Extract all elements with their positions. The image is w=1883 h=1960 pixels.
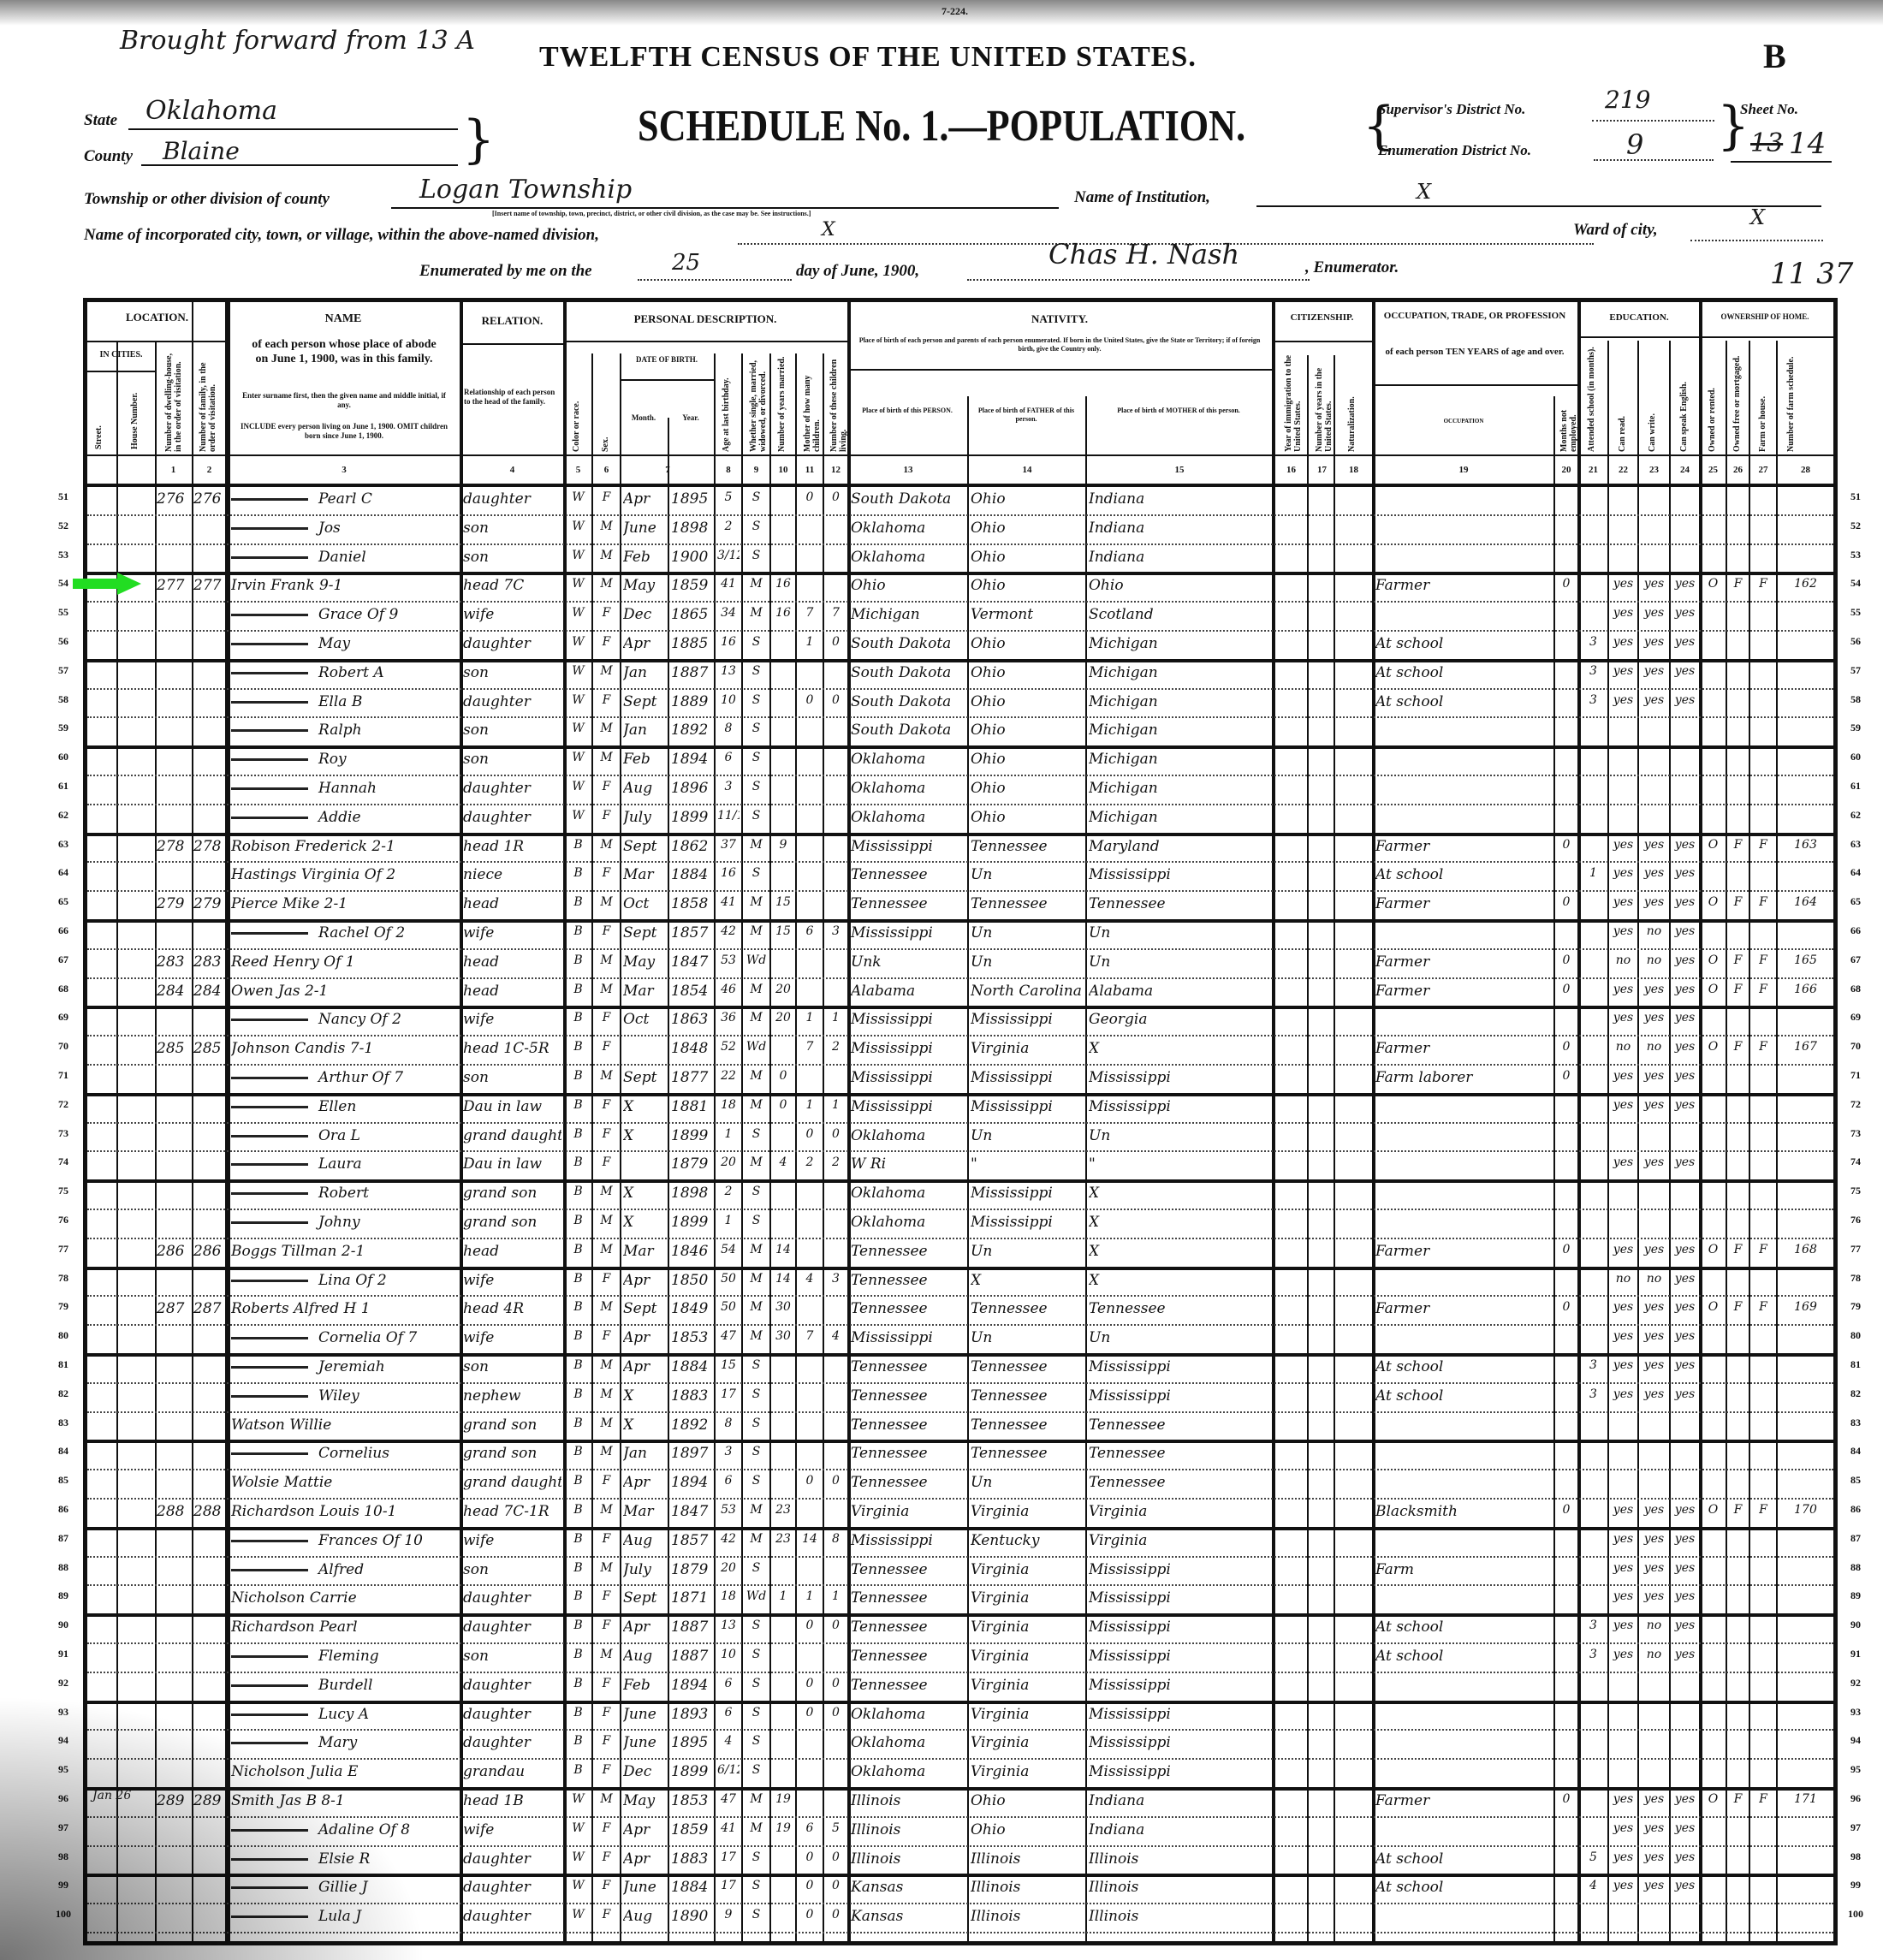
cell-pobf: Tennessee <box>971 1445 1084 1462</box>
header-children-living: Number of these children living. <box>829 349 848 452</box>
cell-color: B <box>567 838 590 852</box>
header-education: EDUCATION. <box>1579 312 1699 324</box>
header-nativity-desc: Place of birth of each person and parent… <box>851 336 1268 353</box>
cell-mon: Apr <box>623 1474 666 1491</box>
header-mother-of: Mother of how many children. <box>803 349 822 452</box>
row-number: 73 <box>1840 1127 1871 1140</box>
cell-fs: 165 <box>1779 953 1832 967</box>
cell-pob: Oklahoma <box>851 780 965 797</box>
table-row: Wolsie Mattiegrand daughterBFApr18946S00… <box>87 1470 1833 1500</box>
cell-mar: S <box>745 520 768 533</box>
cell-rd: yes <box>1611 1821 1636 1835</box>
cell-rel: daughter <box>463 1850 561 1868</box>
ward-label: Ward of city, <box>1573 221 1658 240</box>
cell-pobm: Un <box>1089 1329 1270 1346</box>
cell-yr: 1853 <box>671 1792 712 1809</box>
cell-pob: Tennessee <box>851 1300 965 1317</box>
cell-color: W <box>567 1908 590 1921</box>
cell-sch: 3 <box>1581 693 1606 707</box>
row-number: 58 <box>48 693 79 706</box>
cell-mar: M <box>745 1503 768 1517</box>
header-years-married: Number of years married. <box>777 349 787 452</box>
cell-mar: M <box>745 1243 768 1256</box>
cell-pobf: Ohio <box>971 577 1084 594</box>
cell-fm: F <box>1729 895 1747 909</box>
header-farm-schedule: Number of farm schedule. <box>1786 343 1796 452</box>
cell-wr: yes <box>1641 1821 1667 1835</box>
table-row: 278278Robison Frederick 2-1head 1RBMSept… <box>87 834 1833 864</box>
cell-mon: Apr <box>623 1358 666 1375</box>
cell-yr: 1857 <box>671 1532 712 1549</box>
cell-yr: 1871 <box>671 1589 712 1607</box>
cell-fam: 289 <box>193 1792 225 1809</box>
cell-mar: S <box>745 1618 768 1632</box>
ditto-dash <box>231 1684 308 1687</box>
cell-mar: S <box>745 1474 768 1488</box>
cell-sch: 3 <box>1581 1387 1606 1401</box>
cell-age: 2 <box>717 520 740 533</box>
row-number: 55 <box>1840 606 1871 619</box>
ditto-dash <box>231 817 308 819</box>
cell-mu: 0 <box>1557 953 1576 967</box>
cell-mon: Apr <box>623 1272 666 1289</box>
row-number: 59 <box>1840 722 1871 734</box>
cell-fm: F <box>1729 1040 1747 1054</box>
column-number: 3 <box>229 465 459 475</box>
cell-rd: yes <box>1611 838 1636 852</box>
cell-name: Fleming <box>231 1648 457 1665</box>
cell-mon: Sept <box>623 693 666 710</box>
cell-mu: 0 <box>1557 1243 1576 1256</box>
row-number: 53 <box>1840 549 1871 561</box>
cell-ym: 15 <box>773 924 793 938</box>
cell-mon: Apr <box>623 1850 666 1868</box>
table-row: Frances Of 10wifeBFAug185742M23148Missis… <box>87 1529 1833 1558</box>
row-number: 96 <box>1840 1792 1871 1805</box>
cell-moc: 6 <box>799 1821 821 1835</box>
column-number: 6 <box>593 465 620 475</box>
cell-pobm: Illinois <box>1089 1908 1270 1925</box>
cell-mon: May <box>623 577 666 594</box>
cell-rel: son <box>463 520 561 537</box>
cell-mon: May <box>623 953 666 971</box>
row-number: 63 <box>48 838 79 851</box>
row-number: 69 <box>1840 1011 1871 1024</box>
cell-wr: yes <box>1641 1792 1667 1806</box>
cell-sch: 5 <box>1581 1850 1606 1864</box>
ditto-dash <box>231 1886 308 1889</box>
cell-mu: 0 <box>1557 1503 1576 1517</box>
cell-name: Mary <box>231 1734 457 1751</box>
row-number: 87 <box>1840 1532 1871 1545</box>
cell-fh: F <box>1752 1503 1774 1517</box>
cell-moc: 4 <box>799 1272 821 1286</box>
cell-mon: Feb <box>623 1677 666 1694</box>
cell-name: Watson Willie <box>231 1417 457 1434</box>
cell-name: Roberts Alfred H 1 <box>231 1300 457 1317</box>
cell-sch: 3 <box>1581 1648 1606 1661</box>
cell-mar: S <box>745 1763 768 1777</box>
row-number: 85 <box>1840 1474 1871 1487</box>
cell-cl: 2 <box>826 1155 846 1169</box>
row-number: 95 <box>48 1763 79 1776</box>
cell-rd: yes <box>1611 1850 1636 1864</box>
cell-pobm: Mississippi <box>1089 1358 1270 1375</box>
cell-age: 4 <box>717 1734 740 1748</box>
header-date-of-birth: DATE OF BIRTH. <box>620 355 714 365</box>
cell-mon: X <box>623 1127 666 1144</box>
cell-sex: F <box>595 924 618 938</box>
cell-rd: yes <box>1611 895 1636 909</box>
cell-rd: yes <box>1611 1648 1636 1661</box>
cell-age: 50 <box>717 1272 740 1286</box>
cell-color: W <box>567 1850 590 1864</box>
cell-moc: 0 <box>799 1850 821 1864</box>
cell-name: Nicholson Carrie <box>231 1589 457 1607</box>
ditto-dash <box>231 1858 308 1861</box>
cell-rd: yes <box>1611 635 1636 649</box>
cell-rel: daughter <box>463 1908 561 1925</box>
cell-en: yes <box>1672 1589 1697 1603</box>
cell-en: yes <box>1672 1792 1697 1806</box>
cell-yr: 1854 <box>671 983 712 1000</box>
cell-pobf: " <box>971 1155 1084 1173</box>
township-label: Township or other division of county <box>84 190 330 209</box>
row-number: 77 <box>48 1243 79 1256</box>
table-row: 279279Pierce Mike 2-1headBMOct185841M15T… <box>87 892 1833 921</box>
cell-age: 16 <box>717 635 740 649</box>
table-row: Watson Williegrand sonBMX18928STennessee… <box>87 1413 1833 1442</box>
cell-age: 47 <box>717 1329 740 1343</box>
column-number: 10 <box>771 465 795 475</box>
cell-en: yes <box>1672 1243 1697 1256</box>
cell-mon: Aug <box>623 1908 666 1925</box>
column-number: 7 <box>621 465 714 475</box>
cell-pobf: Un <box>971 866 1084 883</box>
cell-pob: Mississippi <box>851 1329 965 1346</box>
cell-rel: son <box>463 1358 561 1375</box>
cell-pobf: Virginia <box>971 1618 1084 1636</box>
cell-yr: 1879 <box>671 1561 712 1578</box>
table-row: Adaline Of 8wifeWFApr185941M1965Illinois… <box>87 1818 1833 1847</box>
census-table: LOCATION. IN CITIES. NAME of each person… <box>83 298 1838 1945</box>
row-number: 93 <box>1840 1706 1871 1719</box>
cell-dw: 278 <box>157 838 190 855</box>
cell-ym: 14 <box>773 1243 793 1256</box>
cell-en: yes <box>1672 1387 1697 1401</box>
cell-color: B <box>567 1706 590 1719</box>
row-number: 84 <box>1840 1445 1871 1458</box>
row-number: 98 <box>1840 1850 1871 1863</box>
cell-rel: grandau <box>463 1763 561 1780</box>
cell-age: 20 <box>717 1155 740 1169</box>
cell-mar: S <box>745 1417 768 1430</box>
cell-mon: Oct <box>623 895 666 912</box>
cell-yr: 1847 <box>671 953 712 971</box>
row-number: 78 <box>1840 1272 1871 1285</box>
cell-mon: X <box>623 1214 666 1231</box>
cell-ym: 16 <box>773 606 793 620</box>
cell-pobf: Virginia <box>971 1040 1084 1057</box>
ditto-dash <box>231 701 308 704</box>
cell-fam: 288 <box>193 1503 225 1520</box>
row-number: 75 <box>1840 1185 1871 1197</box>
cell-mar: S <box>745 1706 768 1719</box>
cell-wr: yes <box>1641 1300 1667 1314</box>
row-number: 83 <box>1840 1417 1871 1429</box>
cell-en: yes <box>1672 693 1697 707</box>
cell-pobf: Tennessee <box>971 1300 1084 1317</box>
cell-cl: 1 <box>826 1589 846 1603</box>
cell-name: Pierce Mike 2-1 <box>231 895 457 912</box>
row-number: 81 <box>48 1358 79 1371</box>
cell-yr: 1865 <box>671 606 712 623</box>
cell-fam: 278 <box>193 838 225 855</box>
row-number: 71 <box>48 1069 79 1082</box>
cell-wr: yes <box>1641 1561 1667 1575</box>
cell-color: B <box>567 953 590 967</box>
row-number: 57 <box>48 664 79 677</box>
cell-en: yes <box>1672 866 1697 880</box>
cell-fm: F <box>1729 1300 1747 1314</box>
cell-fm: F <box>1729 1792 1747 1806</box>
cell-age: 9 <box>717 1908 740 1921</box>
cell-fh: F <box>1752 1243 1774 1256</box>
cell-mar: S <box>745 1561 768 1575</box>
cell-occ: Farmer <box>1375 1300 1552 1317</box>
cell-name: Hannah <box>231 780 457 797</box>
cell-yr: 1884 <box>671 1879 712 1896</box>
cell-rel: son <box>463 751 561 768</box>
cell-sex: M <box>595 1417 618 1430</box>
cell-sex: M <box>595 1243 618 1256</box>
cell-fam: 279 <box>193 895 225 912</box>
cell-age: 1 <box>717 1214 740 1227</box>
ditto-dash <box>231 1337 308 1339</box>
cell-en: yes <box>1672 1358 1697 1372</box>
cell-name: Cornelia Of 7 <box>231 1329 457 1346</box>
column-number: 11 <box>797 465 823 475</box>
cell-mon: Mar <box>623 983 666 1000</box>
header-name-desc: of each person whose place of abode on J… <box>246 338 443 367</box>
cell-fh: F <box>1752 983 1774 996</box>
cell-mar: M <box>745 1011 768 1025</box>
cell-pobm: Tennessee <box>1089 895 1270 912</box>
cell-rel: head <box>463 895 561 912</box>
cell-mon: Mar <box>623 1503 666 1520</box>
cell-mar: S <box>745 635 768 649</box>
cell-fh: F <box>1752 838 1774 852</box>
sheet-letter: B <box>1763 36 1786 76</box>
cell-pob: Oklahoma <box>851 1763 965 1780</box>
cell-sex: M <box>595 1214 618 1227</box>
cell-en: yes <box>1672 1300 1697 1314</box>
cell-pob: Ohio <box>851 577 965 594</box>
cell-pobf: Illinois <box>971 1908 1084 1925</box>
cell-own: O <box>1702 1040 1724 1054</box>
cell-pob: Tennessee <box>851 1589 965 1607</box>
brace: } <box>462 110 495 169</box>
cell-sex: F <box>595 1589 618 1603</box>
column-number: 15 <box>1087 465 1272 475</box>
table-row: AddiedaughterWFJuly189911/12SOklahomaOhi… <box>87 805 1833 834</box>
cell-age: 34 <box>717 606 740 620</box>
header-marital: Whether single, married, widowed, or div… <box>749 349 768 452</box>
cell-mar: S <box>745 1387 768 1401</box>
cell-pobf: Ohio <box>971 490 1084 508</box>
sheet-value-struck: 13 <box>1750 128 1783 158</box>
cell-mon: Jan <box>623 1445 666 1462</box>
cell-rd: yes <box>1611 1243 1636 1256</box>
cell-color: B <box>567 1300 590 1314</box>
cell-pobf: Mississippi <box>971 1214 1084 1231</box>
cell-color: W <box>567 549 590 562</box>
cell-occ: Blacksmith <box>1375 1503 1552 1520</box>
row-number: 66 <box>48 924 79 937</box>
supervisor-value: 219 <box>1605 86 1650 114</box>
cell-age: 18 <box>717 1589 740 1603</box>
cell-sex: M <box>595 664 618 678</box>
cell-mon: Aug <box>623 1532 666 1549</box>
cell-fs: 163 <box>1779 838 1832 852</box>
ditto-dash <box>231 787 308 790</box>
cell-pobf: North Carolina <box>971 983 1084 1000</box>
cell-sex: M <box>595 1445 618 1458</box>
cell-fm: F <box>1729 1503 1747 1517</box>
cell-pobm: X <box>1089 1214 1270 1231</box>
cell-mar: S <box>745 1879 768 1892</box>
table-row: Lula JdaughterWFAug18909S00KansasIllinoi… <box>87 1904 1833 1933</box>
cell-rel: son <box>463 549 561 566</box>
cell-rel: grand son <box>463 1185 561 1202</box>
cell-mar: Wd <box>745 1040 768 1054</box>
row-number: 64 <box>48 866 79 879</box>
row-number: 76 <box>1840 1214 1871 1226</box>
cell-age: 46 <box>717 983 740 996</box>
cell-wr: no <box>1641 1272 1667 1286</box>
cell-mon: Dec <box>623 606 666 623</box>
cell-rd: yes <box>1611 1155 1636 1169</box>
cell-mar: M <box>745 1792 768 1806</box>
cell-yr: 1893 <box>671 1706 712 1723</box>
cell-color: B <box>567 1358 590 1372</box>
header-age: Age at last birthday. <box>722 349 731 452</box>
cell-moc: 0 <box>799 490 821 504</box>
schedule-title: SCHEDULE No. 1.—POPULATION. <box>638 101 1245 151</box>
cell-age: 36 <box>717 1011 740 1025</box>
cell-sch: 3 <box>1581 1358 1606 1372</box>
cell-mar: M <box>745 1329 768 1343</box>
cell-fam: 277 <box>193 577 225 594</box>
cell-pob: Oklahoma <box>851 1734 965 1751</box>
cell-sex: M <box>595 1387 618 1401</box>
cell-pobm: Tennessee <box>1089 1417 1270 1434</box>
table-row: FlemingsonBMAug188710STennesseeVirginiaM… <box>87 1644 1833 1673</box>
cell-ym: 15 <box>773 895 793 909</box>
cell-cl: 5 <box>826 1821 846 1835</box>
cell-rd: yes <box>1611 1589 1636 1603</box>
cell-color: W <box>567 606 590 620</box>
cell-sex: F <box>595 1734 618 1748</box>
cell-pob: Oklahoma <box>851 809 965 826</box>
cell-yr: 1884 <box>671 1358 712 1375</box>
row-number: 98 <box>48 1850 79 1863</box>
table-row: 289289Smith Jas B 8-1head 1BWMMay185347M… <box>87 1789 1833 1818</box>
cell-rel: head <box>463 953 561 971</box>
row-number: 78 <box>48 1272 79 1285</box>
cell-rd: yes <box>1611 866 1636 880</box>
cell-moc: 7 <box>799 1040 821 1054</box>
cell-rd: yes <box>1611 606 1636 620</box>
cell-pobf: Ohio <box>971 664 1084 681</box>
cell-mu: 0 <box>1557 838 1576 852</box>
cell-fm: F <box>1729 577 1747 591</box>
cell-mar: S <box>745 722 768 735</box>
cell-age: 41 <box>717 577 740 591</box>
column-number: 25 <box>1701 465 1726 475</box>
cell-pobf: X <box>971 1272 1084 1289</box>
header-name-note2: INCLUDE every person living on June 1, 1… <box>237 422 451 441</box>
cell-fs: 166 <box>1779 983 1832 996</box>
header-months-unemployed: Months not employed. <box>1559 401 1578 452</box>
cell-moc: 1 <box>799 1011 821 1025</box>
cell-rel: head 4R <box>463 1300 561 1317</box>
cell-wr: yes <box>1641 838 1667 852</box>
cell-rel: wife <box>463 1329 561 1346</box>
cell-age: 53 <box>717 1503 740 1517</box>
cell-name: Wiley <box>231 1387 457 1405</box>
table-row: Nancy Of 2wifeBFOct186336M2011Mississipp… <box>87 1007 1833 1036</box>
cell-dw: 277 <box>157 577 190 594</box>
row-number: 62 <box>1840 809 1871 822</box>
cell-moc: 0 <box>799 1677 821 1690</box>
cell-occ: At school <box>1375 1358 1552 1375</box>
cell-cl: 0 <box>826 1127 846 1141</box>
cell-name: Hastings Virginia Of 2 <box>231 866 457 883</box>
table-row: Lucy AdaughterBFJune18936S00OklahomaVirg… <box>87 1702 1833 1731</box>
cell-yr: 1899 <box>671 1214 712 1231</box>
cell-pob: Mississippi <box>851 1040 965 1057</box>
header-color: Color or race. <box>572 362 581 452</box>
ditto-dash <box>231 1366 308 1369</box>
column-number: 14 <box>969 465 1085 475</box>
cell-name: Lina Of 2 <box>231 1272 457 1289</box>
cell-en: yes <box>1672 664 1697 678</box>
cell-en: yes <box>1672 1561 1697 1575</box>
cell-mar: M <box>745 606 768 620</box>
cell-pob: Tennessee <box>851 866 965 883</box>
row-number: 59 <box>48 722 79 734</box>
cell-name: Ella B <box>231 693 457 710</box>
cell-pobm: Indiana <box>1089 520 1270 537</box>
cell-pob: Tennessee <box>851 1648 965 1665</box>
cell-cl: 4 <box>826 1329 846 1343</box>
cell-mon: Sept <box>623 1589 666 1607</box>
cell-yr: 1894 <box>671 1474 712 1491</box>
cell-mon: Sept <box>623 838 666 855</box>
column-number: 20 <box>1555 465 1577 475</box>
cell-occ: Farmer <box>1375 1040 1552 1057</box>
cell-en: yes <box>1672 606 1697 620</box>
cell-pob: Alabama <box>851 983 965 1000</box>
cell-sex: F <box>595 1098 618 1112</box>
cell-pobf: Un <box>971 1243 1084 1260</box>
cell-color: B <box>567 1387 590 1401</box>
cell-pob: Michigan <box>851 606 965 623</box>
table-row: Hastings Virginia Of 2nieceBFMar188416ST… <box>87 863 1833 892</box>
cell-en: yes <box>1672 1011 1697 1025</box>
row-number: 79 <box>48 1300 79 1313</box>
